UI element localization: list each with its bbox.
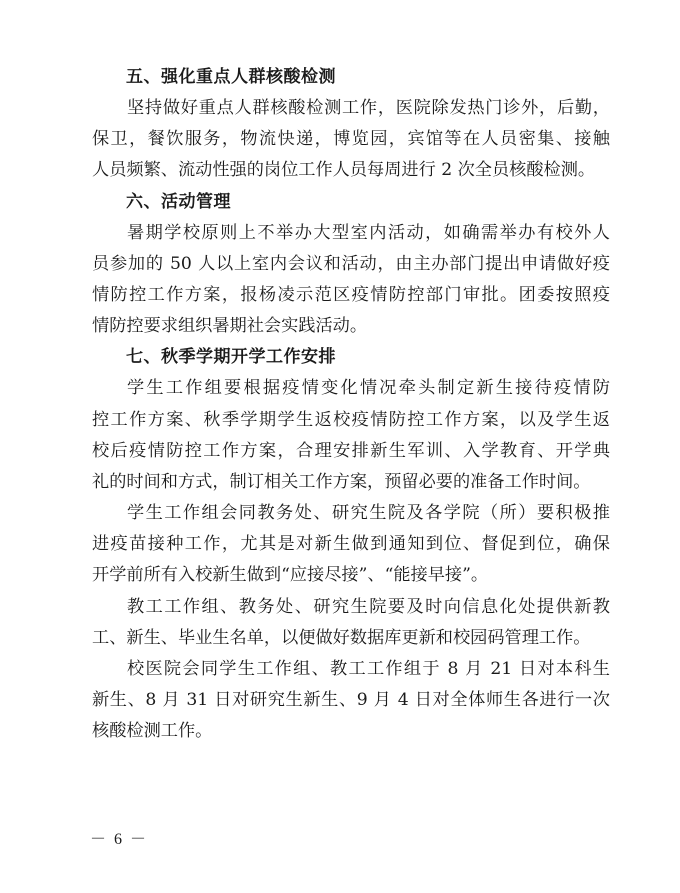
text-line: 学生工作组会同教务处、研究生院及各学院（所）要积极推 xyxy=(92,498,610,529)
text-line: 礼的时间和方式，制订相关工作方案，预留必要的准备工作时间。 xyxy=(92,467,610,498)
paragraph: 学生工作组要根据疫情变化情况牵头制定新生接待疫情防控工作方案、秋季学期学生返校疫… xyxy=(92,373,610,498)
text-line: 校医院会同学生工作组、教工工作组于 8 月 21 日对本科生 xyxy=(92,654,610,685)
paragraph: 学生工作组会同教务处、研究生院及各学院（所）要积极推进疫苗接种工作，尤其是对新生… xyxy=(92,498,610,592)
page-number: － 6 － xyxy=(90,826,148,849)
paragraph: 校医院会同学生工作组、教工工作组于 8 月 21 日对本科生新生、8 月 31 … xyxy=(92,654,610,748)
text-line: 员参加的 50 人以上室内会议和活动，由主办部门提出申请做好疫 xyxy=(92,249,610,280)
text-line: 新生、8 月 31 日对研究生新生、9 月 4 日对全体师生各进行一次 xyxy=(92,685,610,716)
paragraph: 暑期学校原则上不举办大型室内活动，如确需举办有校外人员参加的 50 人以上室内会… xyxy=(92,218,610,343)
text-line: 人员频繁、流动性强的岗位工作人员每周进行 2 次全员核酸检测。 xyxy=(92,155,610,186)
section-heading: 七、秋季学期开学工作安排 xyxy=(92,342,610,373)
text-line: 开学前所有入校新生做到“应接尽接”、“能接早接”。 xyxy=(92,560,610,591)
section-heading: 五、强化重点人群核酸检测 xyxy=(92,62,610,93)
text-line: 坚持做好重点人群核酸检测工作，医院除发热门诊外，后勤， xyxy=(92,93,610,124)
text-line: 进疫苗接种工作，尤其是对新生做到通知到位、督促到位，确保 xyxy=(92,529,610,560)
paragraph: 教工工作组、教务处、研究生院要及时向信息化处提供新教工、新生、毕业生名单，以便做… xyxy=(92,592,610,654)
text-line: 教工工作组、教务处、研究生院要及时向信息化处提供新教 xyxy=(92,592,610,623)
section-heading: 六、活动管理 xyxy=(92,187,610,218)
text-line: 控工作方案、秋季学期学生返校疫情防控工作方案，以及学生返 xyxy=(92,405,610,436)
text-line: 学生工作组要根据疫情变化情况牵头制定新生接待疫情防 xyxy=(92,373,610,404)
text-line: 保卫，餐饮服务，物流快递，博览园，宾馆等在人员密集、接触 xyxy=(92,124,610,155)
text-line: 校后疫情防控工作方案，合理安排新生军训、入学教育、开学典 xyxy=(92,436,610,467)
text-line: 情防控工作方案，报杨凌示范区疫情防控部门审批。团委按照疫 xyxy=(92,280,610,311)
document-page: 五、强化重点人群核酸检测坚持做好重点人群核酸检测工作，医院除发热门诊外，后勤，保… xyxy=(92,62,610,748)
text-line: 情防控要求组织暑期社会实践活动。 xyxy=(92,311,610,342)
text-line: 暑期学校原则上不举办大型室内活动，如确需举办有校外人 xyxy=(92,218,610,249)
text-line: 核酸检测工作。 xyxy=(92,716,610,747)
text-line: 工、新生、毕业生名单，以便做好数据库更新和校园码管理工作。 xyxy=(92,623,610,654)
paragraph: 坚持做好重点人群核酸检测工作，医院除发热门诊外，后勤，保卫，餐饮服务，物流快递，… xyxy=(92,93,610,187)
